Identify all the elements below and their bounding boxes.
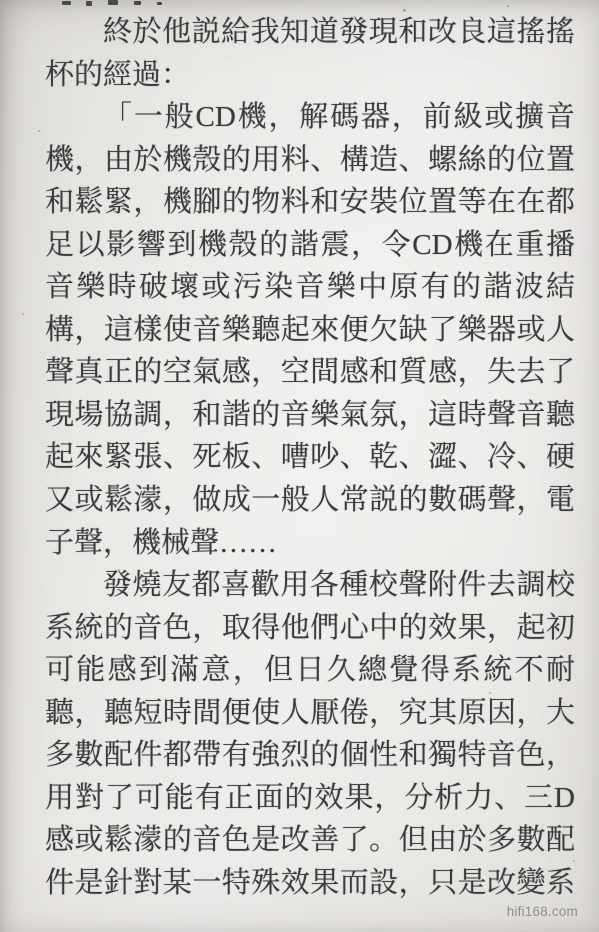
text-fragment <box>86 1 92 6</box>
text-fragment <box>134 1 141 5</box>
text-line: 杯的經過： <box>45 54 575 97</box>
text-line: 聲真正的空氣感，空間感和質感，失去了 <box>45 351 575 394</box>
text-fragment <box>108 0 118 5</box>
text-line: 可能感到滿意，但日久總覺得系統不耐 <box>45 649 575 692</box>
text-line: 起來緊張、死板、嘈吵、乾、澀、冷、硬 <box>45 436 575 479</box>
text-line: 「一般CD機，解碼器，前級或擴音 <box>45 96 575 139</box>
text-line: 感或鬆濛的音色是改善了。但由於多數配 <box>45 819 575 862</box>
text-line: 構，這樣使音樂聽起來便欠缺了樂器或人 <box>45 309 575 352</box>
paper-speck <box>507 5 509 7</box>
book-page-photo: 終於他説給我知道發現和改良這搖搖 杯的經過： 「一般CD機，解碼器，前級或擴音 … <box>0 0 599 932</box>
text-line: 發燒友都喜歡用各種校聲附件去調校 <box>45 564 575 607</box>
paper-speck <box>22 313 24 315</box>
watermark-hifi168: hifi168.com <box>507 904 578 919</box>
text-line: 聽，聽短時間便使人厭倦，究其原因，大 <box>45 692 575 735</box>
text-fragment <box>157 2 162 5</box>
text-fragment <box>62 1 71 5</box>
text-line: 又或鬆濛，做成一般人常説的數碼聲，電 <box>45 479 575 522</box>
text-line: 系統的音色，取得他們心中的效果，起初 <box>45 607 575 650</box>
page-text: 終於他説給我知道發現和改良這搖搖 杯的經過： 「一般CD機，解碼器，前級或擴音 … <box>45 11 575 904</box>
text-line: 音樂時破壞或污染音樂中原有的諧波結 <box>45 266 575 309</box>
text-line: 多數配件都帶有強烈的個性和獨特音色， <box>45 734 575 777</box>
text-line: 子聲，機械聲…… <box>45 522 575 565</box>
text-line: 現場協調，和諧的音樂氣氛，這時聲音聽 <box>45 394 575 437</box>
text-line: 足以影響到機殼的諧震，令CD機在重播 <box>45 224 575 267</box>
text-line: 機，由於機殼的用料、構造、螺絲的位置 <box>45 139 575 182</box>
text-line: 件是針對某一特殊效果而設，只是改變系 <box>45 862 575 905</box>
paper-speck <box>38 130 40 132</box>
text-line: 終於他説給我知道發現和改良這搖搖 <box>45 11 575 54</box>
text-line: 用對了可能有正面的效果，分析力、三D <box>45 777 575 820</box>
text-line: 和鬆緊，機腳的物料和安裝位置等在在都 <box>45 181 575 224</box>
